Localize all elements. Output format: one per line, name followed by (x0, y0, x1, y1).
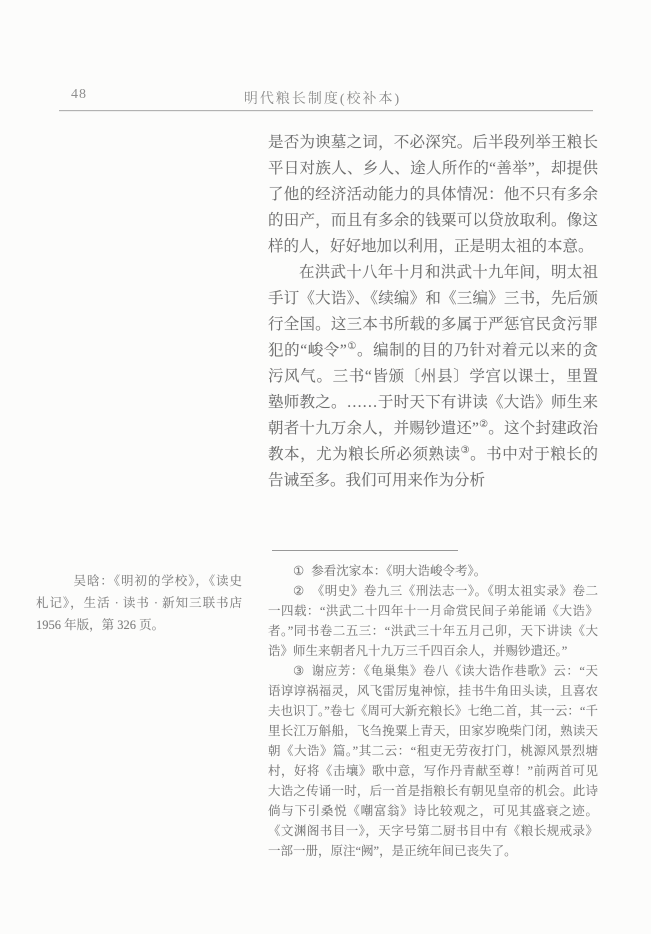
running-title: 明代粮长制度(校补本) (0, 88, 645, 108)
footnote-item: ①参看沈家本：《明大诰峻令考》。 (268, 561, 598, 581)
footnote-marker: ③ (293, 664, 305, 678)
header-rule (59, 110, 593, 111)
footnote-text: 《明史》卷九三《刑法志一》。《明太祖实录》卷二一四载：“洪武二十四年十一月命赏民… (268, 584, 598, 658)
footnote-marker: ① (293, 564, 304, 578)
margin-note: 吴晗：《明初的学校》，《读史札记》，生活 · 读书 · 新知三联书店 1956 … (36, 570, 242, 636)
book-page: 48 明代粮长制度(校补本) 是否为谀墓之词，不必深究。后半段列举王粮长平日对族… (0, 0, 651, 934)
footnote-marker: ② (293, 584, 305, 598)
footnote-block: ①参看沈家本：《明大诰峻令考》。 ②《明史》卷九三《刑法志一》。《明太祖实录》卷… (268, 561, 598, 861)
footnote-text: 参看沈家本：《明大诰峻令考》。 (311, 564, 486, 578)
footnote-separator-rule (272, 550, 458, 551)
footnote-item: ③谢应芳：《龟巢集》卷八《读大诰作巷歌》云：“天语谆谆祸福灵，风飞雷厉鬼神惊，挂… (268, 661, 598, 861)
body-paragraph: 是否为谀墓之词，不必深究。后半段列举王粮长平日对族人、乡人、途人所作的“善举”，… (268, 130, 598, 260)
footnote-text: 谢应芳：《龟巢集》卷八《读大诰作巷歌》云：“天语谆谆祸福灵，风飞雷厉鬼神惊，挂书… (268, 664, 598, 858)
footnote-item: ②《明史》卷九三《刑法志一》。《明太祖实录》卷二一四载：“洪武二十四年十一月命赏… (268, 581, 598, 661)
body-paragraph: 在洪武十八年十月和洪武十九年间，明太祖手订《大诰》、《续编》和《三编》三书，先后… (268, 260, 598, 494)
main-text-column: 是否为谀墓之词，不必深究。后半段列举王粮长平日对族人、乡人、途人所作的“善举”，… (268, 130, 598, 494)
